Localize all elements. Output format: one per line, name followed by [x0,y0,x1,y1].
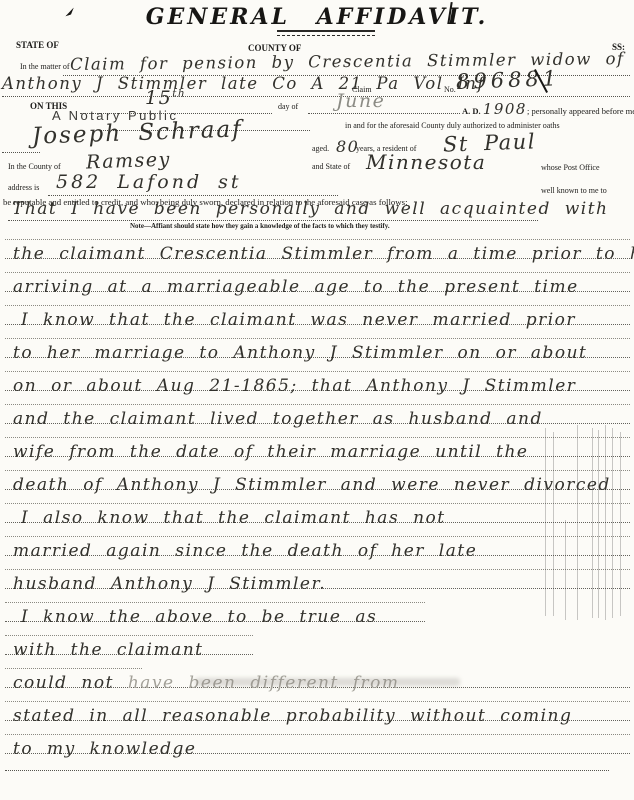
county-value: Ramsey [86,149,172,174]
ad-year-line: A. D. 1908; personally appeared before m… [462,100,634,118]
appeared-label: ; personally appeared before me [527,106,634,116]
dotted-rule [48,194,338,196]
scan-artifact-line [577,425,578,620]
ruled-row: husband Anthony J Stimmler. [5,555,630,589]
ruled-row: on or about Aug 21-1865; that Anthony J … [5,357,630,391]
dotted-rule [2,95,630,97]
claim-no-label: No. [444,85,456,94]
matter-handwriting-2: Anthony J Stimmler late Co A 21 Pa Vol I… [2,74,485,93]
ruled-row: I also know that the claimant has not [5,489,630,523]
address-label: address is [8,183,39,192]
ruled-row: the claimant Crescentia Stimmler from a … [5,225,630,259]
dotted-rule [2,151,40,153]
ruled-row: stated in all reasonable probability wit… [5,687,630,721]
month-value: June [336,90,385,112]
title-underline [277,30,375,36]
scan-artifact-line [598,430,599,618]
dotted-rule [5,769,609,771]
post-office-label: whose Post Office [541,163,600,172]
scan-artifact-line [553,432,554,616]
scan-artifact-line [605,425,606,620]
scan-artifact-line [592,428,593,618]
scan-artifact-line [612,428,613,618]
and-state-label: and State of [312,162,350,171]
dotted-rule [308,112,460,114]
scan-artifact-line [545,428,546,616]
ruled-row: arriving at a marriageable age to the pr… [5,258,630,292]
dotted-rule [8,219,538,221]
state-of-label: STATE OF [16,40,59,50]
matter-label: In the matter of [20,62,70,71]
document-title: GENERAL AFFIDAVIT. [0,4,634,30]
well-known-label: well known to me to [541,186,607,195]
state-value: Minnesota [366,150,486,174]
opening-statement-handwriting: That I have been personally and well acq… [12,199,609,219]
ruled-row: and the claimant lived together as husba… [5,390,630,424]
in-county-label: In the County of [8,162,61,171]
address-value: 582 Lafond st [56,171,242,193]
erasure-smudge [195,678,460,686]
affidavit-page: GENERAL AFFIDAVIT. STATE OF COUNTY OF SS… [0,0,634,800]
ad-label: A. D. [462,106,481,116]
ruled-row: wife from the date of their marriage unt… [5,423,630,457]
ruled-row: I know that the claimant was never marri… [5,291,630,325]
day-value: 15th [145,87,186,109]
handwritten-line: to my knowledge [13,739,196,759]
aged-label: aged. [312,144,329,153]
ruled-row: to her marriage to Anthony J Stimmler on… [5,324,630,358]
county-of-label: COUNTY OF [248,43,301,53]
ruled-row: death of Anthony J Stimmler and were nev… [5,456,630,490]
ruled-row: to my knowledge [5,720,630,754]
scan-artifact-line [565,520,566,620]
ruled-row: with the claimant [5,621,253,655]
year-value: 1908 [483,100,527,118]
ruled-row: married again since the death of her lat… [5,522,630,556]
ruled-row: I know the above to be true as [5,588,425,622]
scan-artifact-line [620,432,621,616]
day-of-label: day of [278,102,298,111]
